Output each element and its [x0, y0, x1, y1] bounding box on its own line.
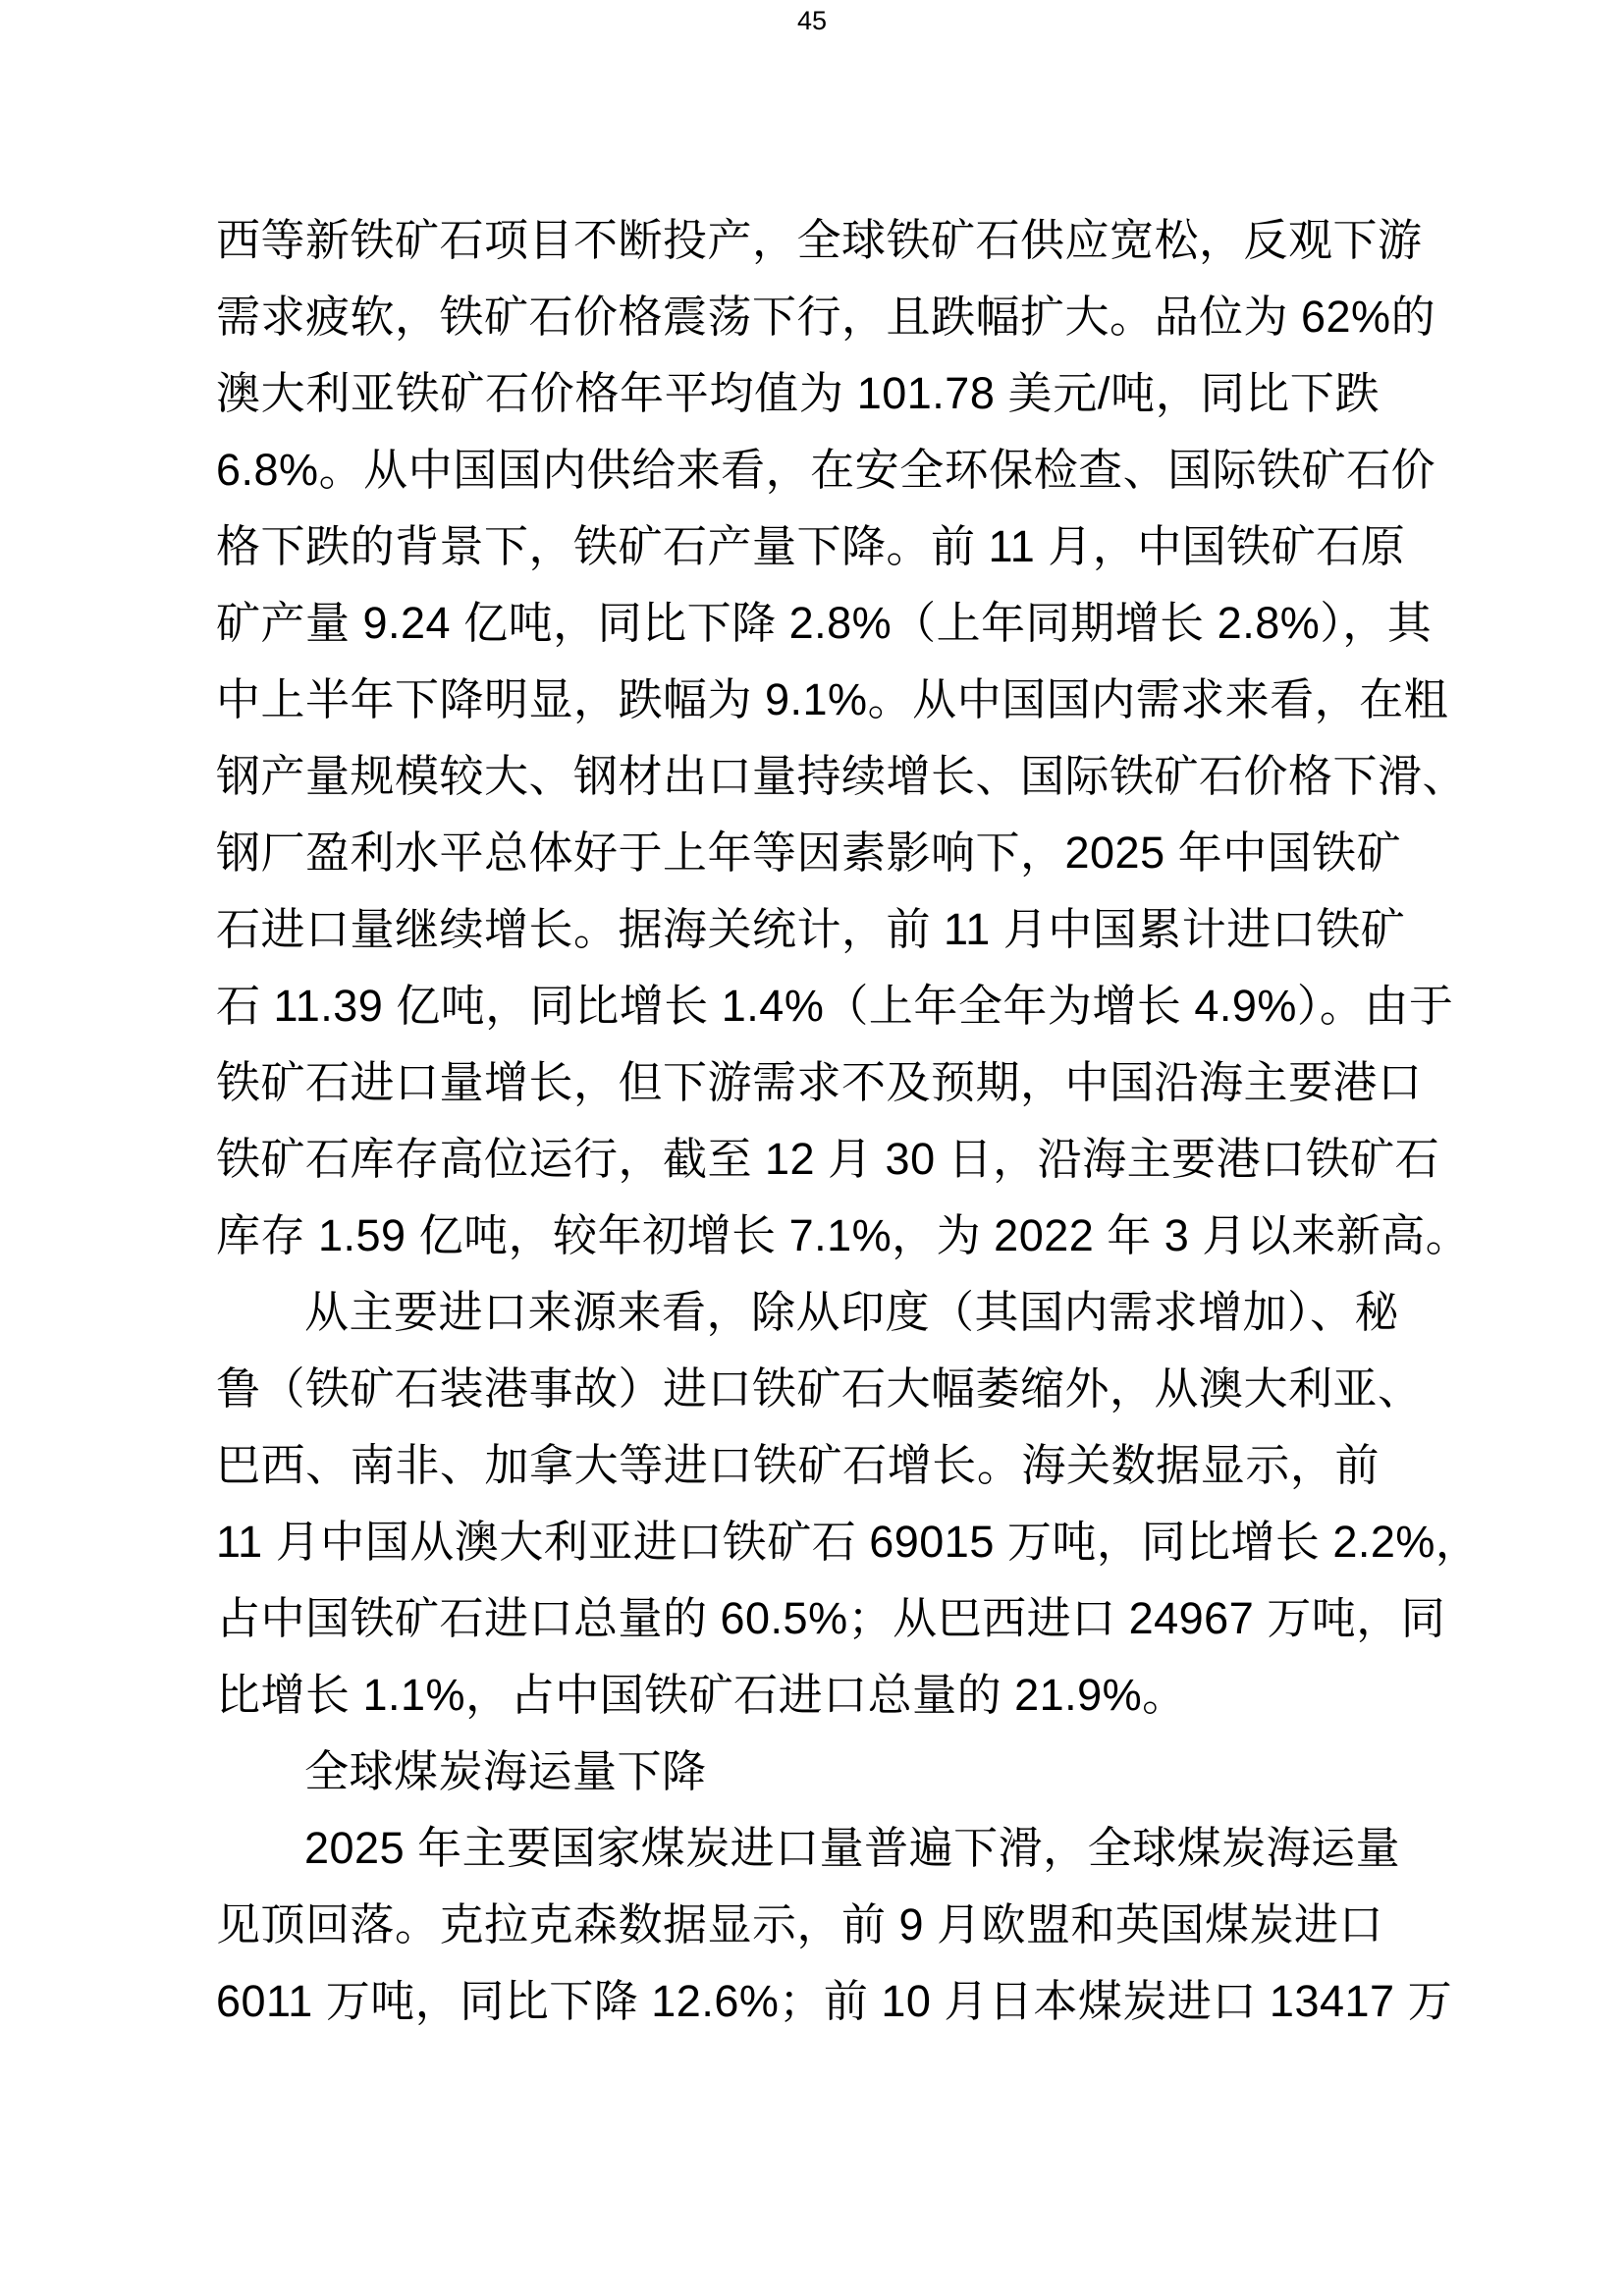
text-line-paragraph-start: 2025 年主要国家煤炭进口量普遍下滑，全球煤炭海运量	[216, 1810, 1380, 1887]
text-line: 钢厂盈利水平总体好于上年等因素影响下，2025 年中国铁矿	[216, 815, 1380, 891]
text-line: 石进口量继续增长。据海关统计，前 11 月中国累计进口铁矿	[216, 891, 1380, 968]
text-line: 矿产量 9.24 亿吨，同比下降 2.8%（上年同期增长 2.8%），其	[216, 585, 1380, 662]
text-line: 库存 1.59 亿吨，较年初增长 7.1%，为 2022 年 3 月以来新高。	[216, 1198, 1380, 1274]
text-line: 中上半年下降明显，跌幅为 9.1%。从中国国内需求来看，在粗	[216, 662, 1380, 738]
text-line: 占中国铁矿石进口总量的 60.5%；从巴西进口 24967 万吨，同	[216, 1580, 1380, 1657]
text-body: 西等新铁矿石项目不断投产，全球铁矿石供应宽松，反观下游 需求疲软，铁矿石价格震荡…	[216, 202, 1380, 2040]
text-line: 6.8%。从中国国内供给来看，在安全环保检查、国际铁矿石价	[216, 432, 1380, 508]
text-line: 石 11.39 亿吨，同比增长 1.4%（上年全年为增长 4.9%）。由于	[216, 968, 1380, 1044]
text-line: 巴西、南非、加拿大等进口铁矿石增长。海关数据显示，前	[216, 1427, 1380, 1504]
text-line-paragraph-start: 从主要进口来源来看，除从印度（其国内需求增加）、秘	[216, 1274, 1380, 1351]
text-line: 鲁（铁矿石装港事故）进口铁矿石大幅萎缩外，从澳大利亚、	[216, 1351, 1380, 1427]
text-line: 钢产量规模较大、钢材出口量持续增长、国际铁矿石价格下滑、	[216, 738, 1380, 815]
page-number: 45	[0, 6, 1624, 35]
text-line: 格下跌的背景下，铁矿石产量下降。前 11 月，中国铁矿石原	[216, 508, 1380, 585]
document-page: 45 西等新铁矿石项目不断投产，全球铁矿石供应宽松，反观下游 需求疲软，铁矿石价…	[0, 0, 1624, 2296]
text-line: 需求疲软，铁矿石价格震荡下行，且跌幅扩大。品位为 62%的	[216, 279, 1380, 355]
text-line: 澳大利亚铁矿石价格年平均值为 101.78 美元/吨，同比下跌	[216, 355, 1380, 432]
text-line: 6011 万吨，同比下降 12.6%；前 10 月日本煤炭进口 13417 万	[216, 1963, 1380, 2040]
text-line: 铁矿石进口量增长，但下游需求不及预期，中国沿海主要港口	[216, 1044, 1380, 1121]
text-line: 见顶回落。克拉克森数据显示，前 9 月欧盟和英国煤炭进口	[216, 1887, 1380, 1963]
section-heading: 全球煤炭海运量下降	[216, 1734, 1380, 1810]
text-line: 11 月中国从澳大利亚进口铁矿石 69015 万吨，同比增长 2.2%，	[216, 1504, 1380, 1580]
text-line: 铁矿石库存高位运行，截至 12 月 30 日，沿海主要港口铁矿石	[216, 1121, 1380, 1198]
text-line-paragraph-end: 比增长 1.1%，占中国铁矿石进口总量的 21.9%。	[216, 1657, 1380, 1734]
text-line: 西等新铁矿石项目不断投产，全球铁矿石供应宽松，反观下游	[216, 202, 1380, 279]
